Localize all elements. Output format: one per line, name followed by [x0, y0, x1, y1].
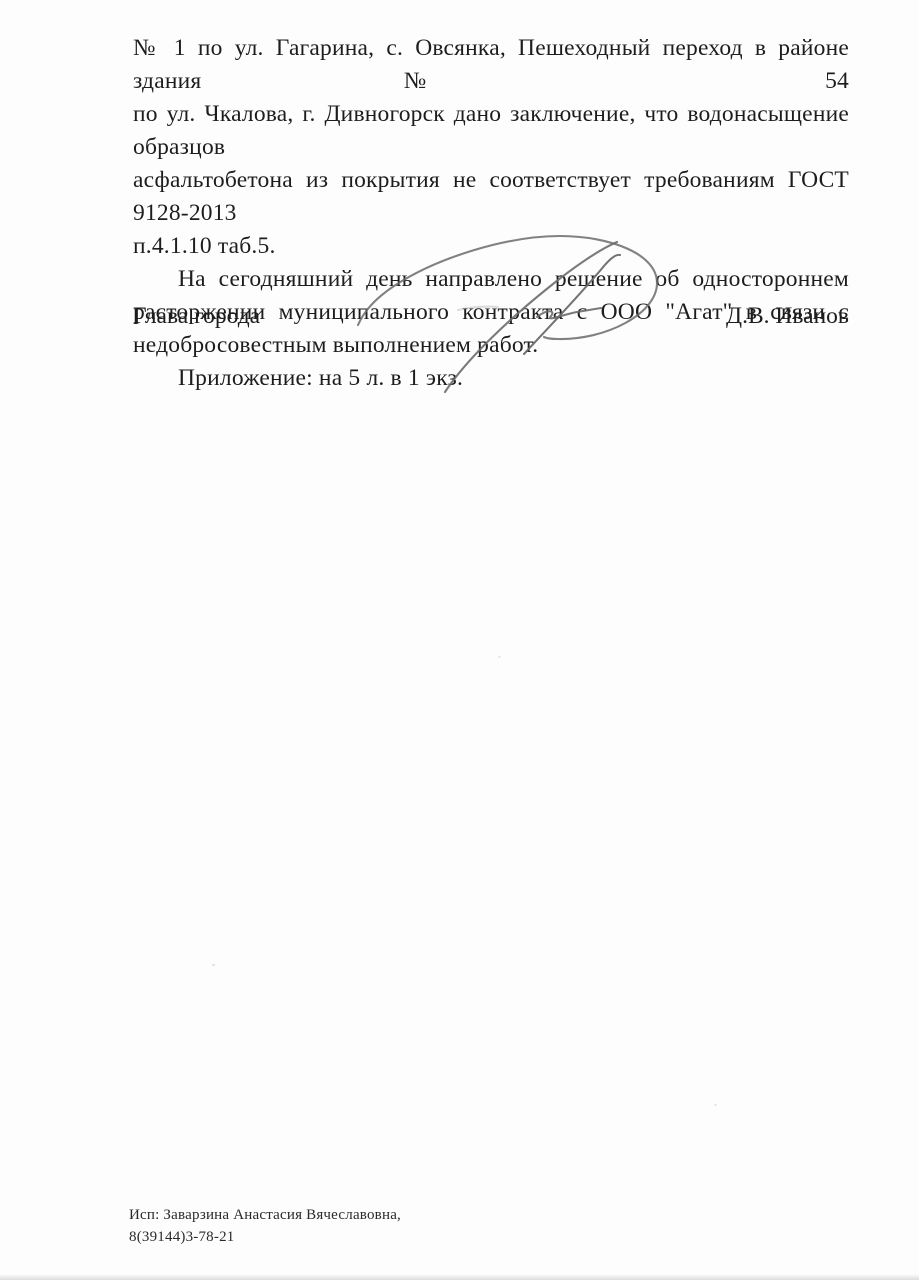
executor-phone-line: 8(39144)3-78-21: [129, 1227, 401, 1249]
handwritten-signature-icon: [348, 228, 670, 396]
signer-position-title: Глава города: [133, 302, 260, 330]
executor-name-line: Исп: Заварзина Анастасия Вячеславовна,: [129, 1205, 401, 1227]
body-line: № 1 по ул. Гагарина, с. Овсянка, Пешеход…: [133, 32, 849, 98]
executor-footer: Исп: Заварзина Анастасия Вячеславовна, 8…: [129, 1205, 401, 1248]
scanned-letter-page: № 1 по ул. Гагарина, с. Овсянка, Пешеход…: [0, 0, 919, 1280]
scan-speck: [212, 964, 215, 966]
scan-speck: [498, 656, 501, 658]
body-line: по ул. Чкалова, г. Дивногорск дано заклю…: [133, 98, 849, 164]
scan-speck: [714, 1104, 717, 1106]
signer-name: Д.В. Иванов: [726, 302, 849, 330]
body-line: асфальтобетона из покрытия не соответств…: [133, 164, 849, 230]
scan-bottom-edge: [0, 1274, 919, 1280]
